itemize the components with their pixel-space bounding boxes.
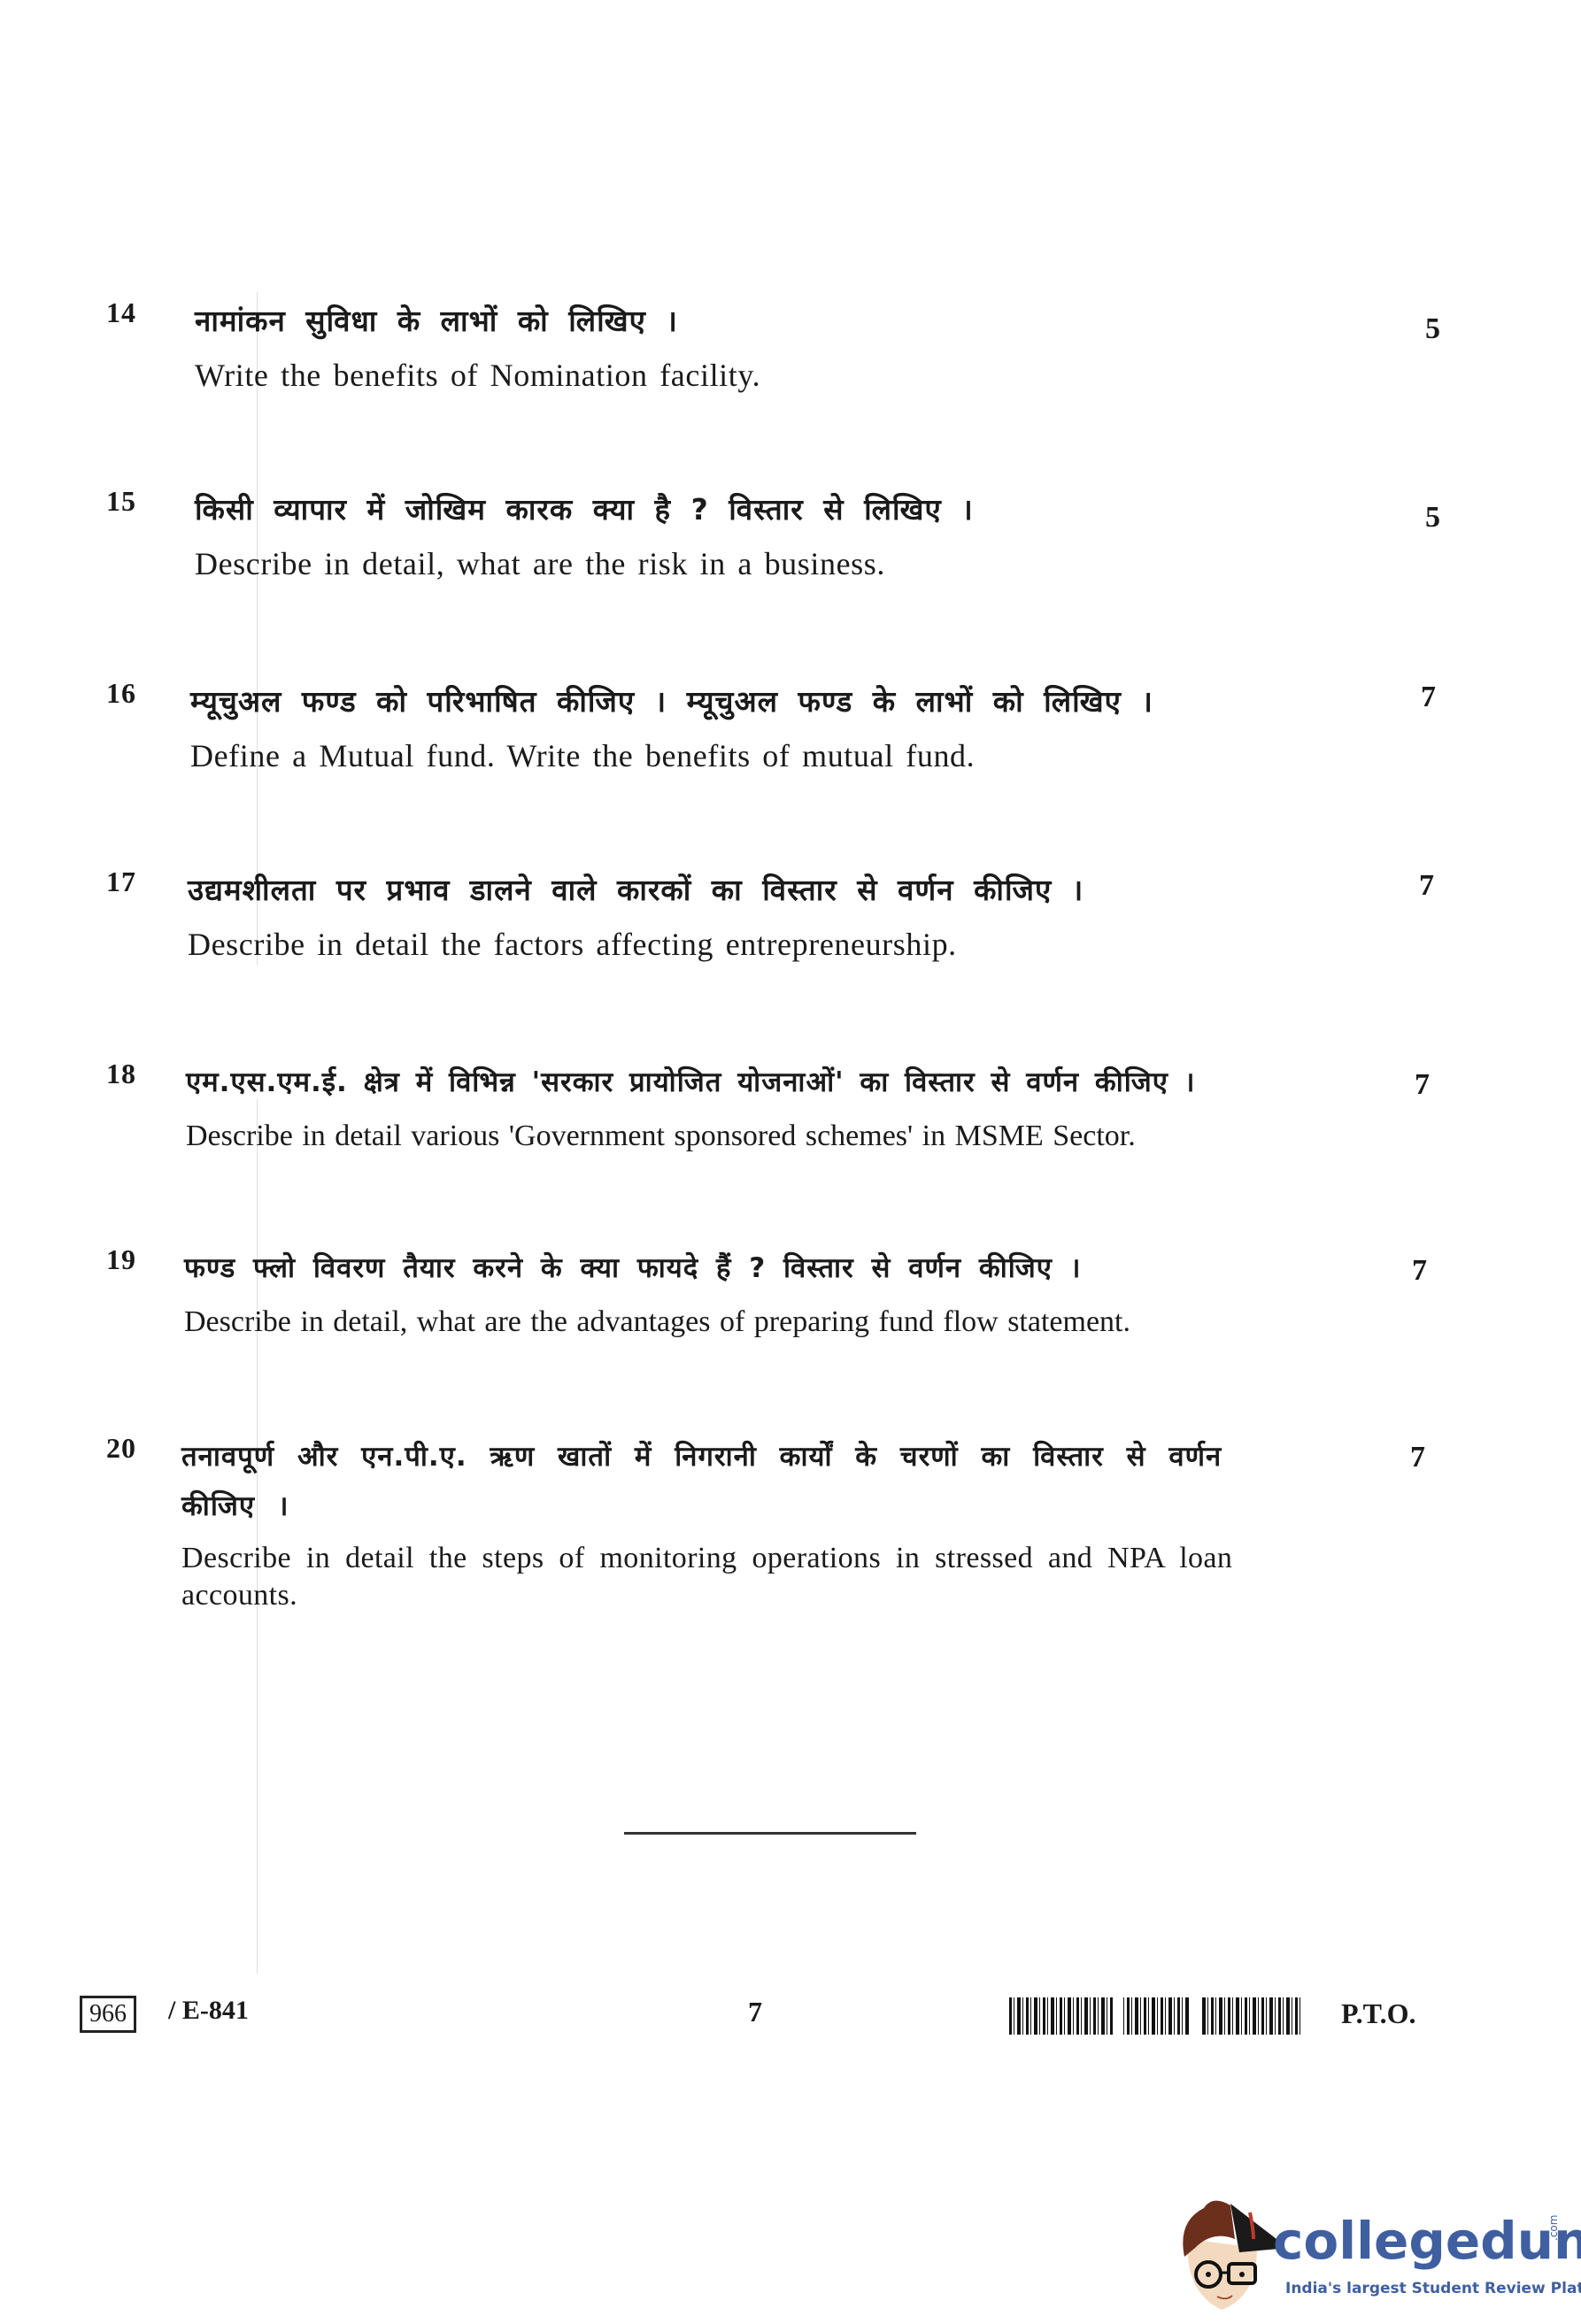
question-number: 18	[106, 1058, 177, 1090]
question-text-english: Describe in detail, what are the advanta…	[184, 1302, 1370, 1343]
question-text-english: Describe in detail the factors affecting…	[188, 924, 1374, 965]
question-text-hindi: उद्यमशीलता पर प्रभाव डालने वाले कारकों क…	[188, 866, 1374, 915]
brand-tld: .com	[1547, 2215, 1560, 2241]
question-body: किसी व्यापार में जोखिम कारक क्या है ? वि…	[195, 485, 1381, 584]
question-marks: 5	[1425, 312, 1440, 346]
question-text-hindi: किसी व्यापार में जोखिम कारक क्या है ? वि…	[195, 485, 1381, 535]
brand-tagline: India's largest Student Review Platform	[1285, 2280, 1581, 2297]
question-text-hindi: नामांकन सुविधा के लाभों को लिखिए ।	[195, 296, 1381, 346]
question-marks: 7	[1415, 1068, 1430, 1102]
page-footer: 966 / E-841 7 P.T.O.	[80, 1987, 1461, 2040]
question-body: उद्यमशीलता पर प्रभाव डालने वाले कारकों क…	[188, 866, 1374, 965]
question-marks: 7	[1419, 869, 1434, 903]
question-paper-box-code: 966	[80, 1996, 136, 2033]
end-of-questions-rule	[624, 1832, 916, 1835]
question-body: म्यूचुअल फण्ड को परिभाषित कीजिए । म्यूचु…	[190, 677, 1377, 776]
question-number: 15	[106, 485, 177, 518]
question-text-hindi: फण्ड फ्लो विवरण तैयार करने के क्या फायदे…	[184, 1243, 1370, 1293]
question-number: 16	[106, 677, 177, 710]
barcode	[1009, 1997, 1301, 2035]
paper-code: / E-841	[168, 1996, 249, 2026]
question-body: फण्ड फ्लो विवरण तैयार करने के क्या फायदे…	[184, 1243, 1370, 1343]
question-marks: 5	[1425, 501, 1440, 535]
question-marks: 7	[1412, 1254, 1427, 1288]
question-text-hindi: एम.एस.एम.ई. क्षेत्र में विभिन्न 'सरकार प…	[186, 1058, 1372, 1107]
question-text-english: Describe in detail, what are the risk in…	[195, 543, 1381, 584]
question-number: 14	[106, 296, 177, 329]
question-marks: 7	[1410, 1441, 1425, 1474]
question-text-english: Write the benefits of Nomination facilit…	[195, 355, 1381, 396]
question-text-english: Describe in detail various 'Government s…	[186, 1116, 1372, 1157]
exam-page: 14 नामांकन सुविधा के लाभों को लिखिए । Wr…	[0, 0, 1581, 2324]
question-number: 17	[106, 866, 177, 898]
question-marks: 7	[1421, 681, 1436, 714]
question-text-hindi: म्यूचुअल फण्ड को परिभाषित कीजिए । म्यूचु…	[190, 677, 1377, 727]
question-body: एम.एस.एम.ई. क्षेत्र में विभिन्न 'सरकार प…	[186, 1058, 1372, 1157]
question-body: नामांकन सुविधा के लाभों को लिखिए । Write…	[195, 296, 1381, 396]
please-turn-over: P.T.O.	[1341, 1997, 1415, 2030]
mascot-logo-icon	[1168, 2186, 1284, 2319]
question-text-english: Define a Mutual fund. Write the benefits…	[190, 735, 1377, 776]
question-body: तनावपूर्ण और एन.पी.ए. ऋण खातों में निगरा…	[181, 1432, 1368, 1614]
question-text-english: Describe in detail the steps of monitori…	[181, 1540, 1297, 1614]
question-text-hindi: तनावपूर्ण और एन.पी.ए. ऋण खातों में निगरा…	[181, 1432, 1244, 1531]
collegedunia-watermark: collegedunia .com India's largest Studen…	[1168, 2186, 1576, 2319]
brand-name: collegedunia	[1273, 2211, 1581, 2271]
question-number: 20	[106, 1432, 177, 1465]
page-number: 7	[748, 1996, 762, 2028]
question-number: 19	[106, 1243, 177, 1276]
